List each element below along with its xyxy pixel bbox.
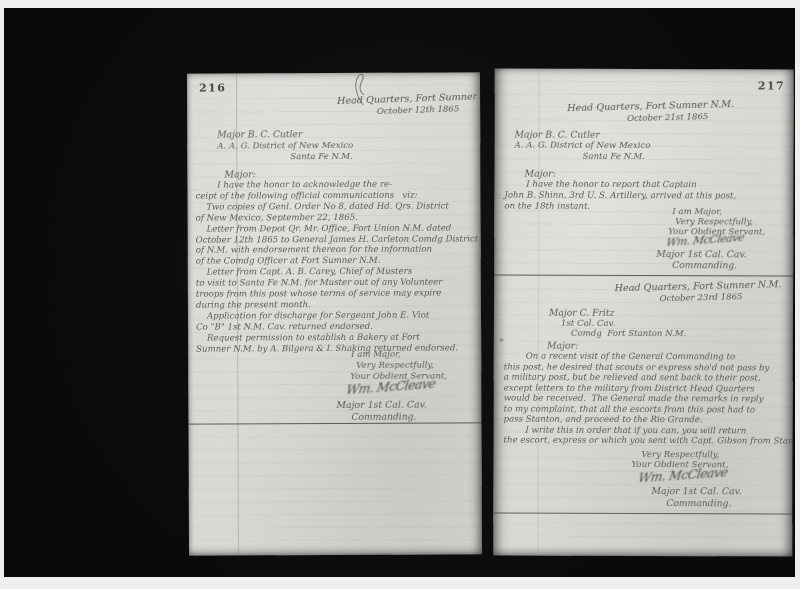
address-line: Santa Fe N.M. bbox=[583, 152, 645, 162]
signature-title: Major 1st Cal. Cav. bbox=[651, 486, 741, 497]
salutation: Major: bbox=[547, 341, 578, 352]
salutation: Major: bbox=[524, 169, 555, 180]
closing-line: I am Major, bbox=[672, 207, 722, 217]
signature-title: Commanding. bbox=[666, 498, 731, 509]
address-line: Comdg Fort Stanton N.M. bbox=[571, 329, 686, 339]
letter-body: On a recent visit of the General Command… bbox=[504, 352, 791, 448]
ink-speck bbox=[500, 338, 503, 341]
page-number: 216 bbox=[199, 81, 227, 94]
letter-body: I have the honor to report that CaptainJ… bbox=[504, 180, 788, 214]
signature-title: Commanding. bbox=[672, 260, 737, 271]
address-line: 1st Cal. Cav. bbox=[561, 319, 615, 329]
signature-title: Major 1st Cal. Cav. bbox=[656, 249, 746, 260]
ledger-page-216: 216 Head Quarters, Fort Sumner N.M. Octo… bbox=[187, 72, 482, 555]
signature-title: Commanding. bbox=[351, 412, 416, 423]
page-number: 217 bbox=[758, 79, 786, 92]
handwritten-line: pass Stanton, and proceed to the Rio Gra… bbox=[504, 415, 791, 427]
address-line: A. A. G. District of New Mexico bbox=[217, 141, 353, 152]
handwritten-line: On a recent visit of the General Command… bbox=[504, 352, 791, 364]
handwritten-line: the escort, express or which you sent wi… bbox=[504, 436, 791, 448]
ledger-page-217: 217 Head Quarters, Fort Sumner N.M. Octo… bbox=[493, 68, 794, 556]
closing-line: Very Respectfully, bbox=[356, 361, 434, 371]
divider-line bbox=[188, 422, 481, 424]
handwritten-line: a military post, but be relieved and sen… bbox=[504, 373, 791, 385]
closing-line: Very Respectfully, bbox=[641, 450, 719, 460]
address-line: Major B. C. Cutler bbox=[515, 130, 600, 141]
handwritten-line: Sumner N.M. by A. Bilgera & I. Shaking r… bbox=[196, 343, 474, 355]
letter-body: I have the honor to acknowledge the re-c… bbox=[195, 179, 474, 355]
handwritten-line: would be received. The General made the … bbox=[504, 394, 791, 406]
film-background: 216 Head Quarters, Fort Sumner N.M. Octo… bbox=[4, 8, 795, 577]
handwritten-line: troops from this post whose terms of ser… bbox=[196, 288, 474, 300]
letter-heading-date: October 21st 1865 bbox=[623, 112, 713, 124]
address-line: Santa Fe N.M. bbox=[290, 152, 352, 162]
handwritten-line: I have the honor to report that Captain bbox=[504, 180, 788, 192]
closing-line: I am Major, bbox=[351, 350, 401, 360]
photo-frame: 216 Head Quarters, Fort Sumner N.M. Octo… bbox=[0, 0, 800, 589]
handwritten-line: of N.M. with endorsement thereon for the… bbox=[196, 245, 474, 257]
letter-heading-date: October 12th 1865 bbox=[373, 104, 463, 117]
handwritten-line: Two copies of Genl. Order No 8, dated Hd… bbox=[196, 201, 474, 213]
handwritten-line: on the 18th instant. bbox=[504, 201, 788, 213]
closing-line: Very Respectfully, bbox=[675, 217, 753, 227]
letter-heading-date: October 23rd 1865 bbox=[656, 292, 746, 304]
handwritten-line: John B. Shinn, 3rd U. S. Artillery, arri… bbox=[504, 190, 788, 202]
address-line: Major C. Fritz bbox=[549, 308, 614, 319]
signature-title: Major 1st Cal. Cav. bbox=[336, 400, 426, 411]
address-line: A. A. G. District of New Mexico bbox=[515, 141, 651, 151]
address-line: Major B. C. Cutler bbox=[217, 129, 302, 140]
salutation: Major: bbox=[224, 169, 255, 180]
letter-heading-place: Head Quarters, Fort Sumner N.M. bbox=[609, 279, 787, 294]
handwritten-line: Letter from Depot Qr. Mr. Office, Fort U… bbox=[196, 223, 474, 235]
